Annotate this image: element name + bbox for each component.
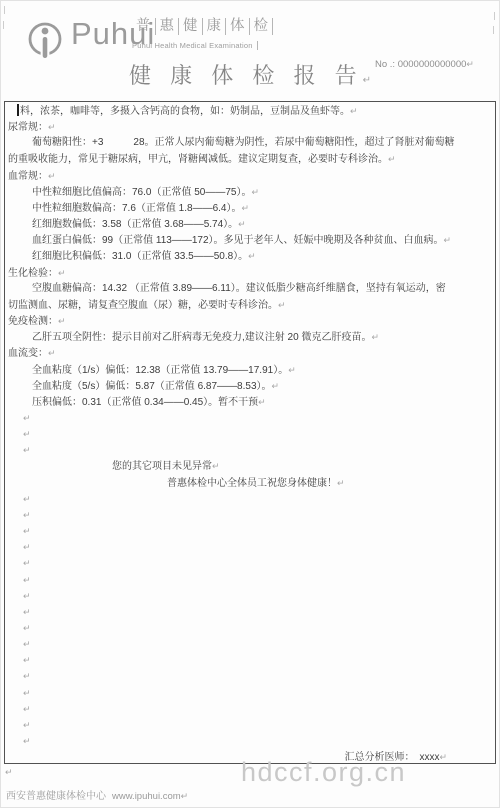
footer-org: 西安普惠健康体检中心 [6, 791, 106, 802]
report-title-text: 健 康 体 检 报 告 [129, 63, 363, 88]
report-line-text: 空腹血糖偏高：14.32 （正常值 3.89——6.11）。建议低脂少糖高纤维膳… [32, 283, 446, 294]
paragraph-mark: ↵ [241, 203, 249, 213]
paragraph-mark: ↵ [181, 791, 189, 801]
report-line-text: 乙肝五项全阴性：提示目前对乙肝病毒无免疫力,建议注射 20 微克乙肝疫苗。 [32, 332, 371, 343]
report-line-text: 全血粘度（5/s）偏低：5.87（正常值 6.87——8.53）。 [32, 381, 272, 392]
paragraph-mark: ↵ [363, 75, 371, 86]
paragraph-mark: ↵ [388, 154, 396, 164]
paragraph-mark: ↵ [48, 348, 56, 358]
report-line: ↵ [8, 668, 491, 684]
crop-mark [3, 21, 4, 29]
paragraph-mark: ↵ [337, 478, 345, 488]
report-line: ↵ [8, 410, 491, 426]
report-line: 红细胞比积偏低：31.0（正常值 33.5——50.8）。↵ [8, 248, 491, 264]
report-line: ↵ [8, 652, 491, 668]
paragraph-mark: ↵ [444, 235, 452, 245]
paragraph-mark: ↵ [371, 332, 379, 342]
report-line: ↵ [8, 572, 491, 588]
logo-cn-block: 普惠健康体检 Puhui Health Medical Examination [132, 18, 273, 53]
paragraph-mark: ↵ [23, 671, 31, 681]
paragraph-mark: ↵ [58, 268, 66, 278]
report-line-text: 血常规： [8, 171, 48, 182]
report-line: ↵ [8, 620, 491, 636]
paragraph-mark: ↵ [23, 542, 31, 552]
text-cursor [17, 104, 19, 116]
logo-cn-char: 健 [179, 18, 203, 35]
paragraph-mark: ↵ [23, 429, 31, 439]
paragraph-mark: ↵ [58, 316, 66, 326]
paragraph-mark: ↵ [258, 397, 266, 407]
logo-cn-char: 体 [226, 18, 250, 35]
paragraph-mark: ↵ [48, 122, 56, 132]
report-line: 料，浓茶，咖啡等，多摄入含钙高的食物，如：奶制品，豆制品及鱼虾等。↵ [8, 103, 491, 119]
crop-mark [4, 6, 5, 14]
paragraph-mark: ↵ [23, 591, 31, 601]
report-line: ↵ [8, 717, 491, 733]
report-line-text: 葡萄糖阳性：+3 28。正常人尿内葡萄糖为阴性，若尿中葡萄糖阳性，超过了肾脏对葡… [32, 137, 455, 148]
report-line: 中性粒细胞数偏高：7.6（正常值 1.8——6.4）。↵ [8, 200, 491, 216]
report-line-text: 红细胞数偏低：3.58（正常值 3.68——5.74）。 [32, 219, 238, 230]
report-line: ↵ [8, 733, 491, 749]
logo-cn-char: 检 [250, 18, 274, 35]
report-line-text: 尿常规： [8, 122, 48, 133]
report-line: 血红蛋白偏低：99（正常值 113——172）。多见于老年人、妊娠中晚期及各种贫… [8, 232, 491, 248]
report-line: 尿常规：↵ [8, 119, 491, 135]
report-line: 的重吸收能力，常见于糖尿病，甲亢，肾糖阈减低。建议定期复查，必要时专科诊治。↵ [8, 151, 491, 167]
report-line-text: 的重吸收能力，常见于糖尿病，甲亢，肾糖阈减低。建议定期复查，必要时专科诊治。 [8, 154, 388, 165]
paragraph-mark: ↵ [23, 607, 31, 617]
report-line-text: 中性粒细胞数偏高：7.6（正常值 1.8——6.4）。 [32, 203, 241, 214]
paragraph-mark: ↵ [23, 413, 31, 423]
report-line: 血流变：↵ [8, 345, 491, 361]
logo-cn-text: 普惠健康体检 [132, 18, 273, 35]
report-body: 料，浓茶，咖啡等，多摄入含钙高的食物，如：奶制品，豆制品及鱼虾等。↵尿常规：↵葡… [4, 101, 496, 764]
report-line: ↵ [8, 442, 491, 458]
report-line-text: 中性粒细胞比值偏高：76.0（正常值 50——75）。 [32, 187, 252, 198]
paragraph-mark: ↵ [212, 461, 220, 471]
report-line: 普惠体检中心全体员工祝您身体健康！↵ [8, 475, 491, 491]
report-line: ↵ [8, 491, 491, 507]
footer-url: www.ipuhui.com [112, 791, 181, 802]
paragraph-mark: ↵ [23, 704, 31, 714]
paragraph-mark: ↵ [5, 767, 13, 778]
paragraph-mark: ↵ [272, 381, 280, 391]
report-line-text: 您的其它项目未见异常 [112, 461, 212, 472]
paragraph-mark: ↵ [252, 187, 260, 197]
report-line: 乙肝五项全阴性：提示目前对乙肝病毒无免疫力,建议注射 20 微克乙肝疫苗。↵ [8, 329, 491, 345]
report-line-text: 免疫检测： [8, 316, 58, 327]
report-line: ↵ [8, 523, 491, 539]
puhui-logo-icon [22, 13, 70, 63]
report-line: ↵ [8, 604, 491, 620]
report-line: 中性粒细胞比值偏高：76.0（正常值 50——75）。↵ [8, 184, 491, 200]
paragraph-mark: ↵ [23, 494, 31, 504]
report-line-text: 料，浓茶，咖啡等，多摄入含钙高的食物，如：奶制品，豆制品及鱼虾等。 [20, 106, 350, 117]
report-line-text: 普惠体检中心全体员工祝您身体健康！ [167, 478, 337, 489]
paragraph-mark: ↵ [238, 219, 246, 229]
report-line: ↵ [8, 588, 491, 604]
paragraph-mark: ↵ [278, 300, 286, 310]
paragraph-mark: ↵ [23, 639, 31, 649]
paragraph-mark: ↵ [248, 251, 256, 261]
paragraph-mark: ↵ [23, 526, 31, 536]
report-line-text: 红细胞比积偏低：31.0（正常值 33.5——50.8）。 [32, 251, 248, 262]
report-line: ↵ [8, 426, 491, 442]
page-footer: 西安普惠健康体检中心www.ipuhui.com↵ [6, 787, 188, 802]
crop-mark [494, 12, 495, 20]
paragraph-mark: ↵ [23, 510, 31, 520]
report-line: 免疫检测：↵ [8, 313, 491, 329]
paragraph-mark: ↵ [23, 736, 31, 746]
report-line: 血常规：↵ [8, 168, 491, 184]
report-line: 您的其它项目未见异常↵ [8, 458, 491, 474]
paragraph-mark: ↵ [23, 558, 31, 568]
watermark: hdccf.org.cn [241, 757, 406, 788]
report-line-text: 全血粘度（1/s）偏低：12.38（正常值 13.79——17.91）。 [32, 365, 288, 376]
report-title: 健 康 体 检 报 告↵ [1, 59, 499, 90]
paragraph-mark: ↵ [23, 720, 31, 730]
report-line: ↵ [8, 555, 491, 571]
report-line-text: 血流变： [8, 348, 48, 359]
logo-en-subtitle: Puhui Health Medical Examination [132, 41, 258, 50]
paragraph-mark: ↵ [48, 171, 56, 181]
logo-cn-char: 普 [132, 18, 156, 35]
report-line: ↵ [8, 636, 491, 652]
report-line: ↵ [8, 539, 491, 555]
crop-mark [493, 26, 494, 34]
report-page: Puhui 普惠健康体检 Puhui Health Medical Examin… [0, 0, 500, 808]
report-line: ↵ [8, 701, 491, 717]
report-line-text: 血红蛋白偏低：99（正常值 113——172）。多见于老年人、妊娠中晚期及各种贫… [32, 235, 444, 246]
report-line: 全血粘度（1/s）偏低：12.38（正常值 13.79——17.91）。↵ [8, 362, 491, 378]
paragraph-mark: ↵ [23, 655, 31, 665]
paragraph-mark: ↵ [350, 106, 358, 116]
report-line: 切监测血、尿糖，请复查空腹血（尿）糖，必要时专科诊治。↵ [8, 297, 491, 313]
logo-cn-char: 康 [203, 18, 227, 35]
report-line-text: 压积偏低：0.31（正常值 0.34——0.45）。暂不干预 [32, 397, 258, 408]
report-line: 全血粘度（5/s）偏低：5.87（正常值 6.87——8.53）。↵ [8, 378, 491, 394]
report-line: 压积偏低：0.31（正常值 0.34——0.45）。暂不干预↵ [8, 394, 491, 410]
report-line: 红细胞数偏低：3.58（正常值 3.68——5.74）。↵ [8, 216, 491, 232]
paragraph-mark: ↵ [23, 688, 31, 698]
report-line: 空腹血糖偏高：14.32 （正常值 3.89——6.11）。建议低脂少糖高纤维膳… [8, 281, 491, 297]
report-line: ↵ [8, 507, 491, 523]
report-line: ↵ [8, 685, 491, 701]
report-line-text: 切监测血、尿糖，请复查空腹血（尿）糖，必要时专科诊治。 [8, 300, 278, 311]
paragraph-mark: ↵ [439, 752, 447, 762]
paragraph-mark: ↵ [23, 445, 31, 455]
paragraph-mark: ↵ [23, 575, 31, 585]
paragraph-mark: ↵ [288, 365, 296, 375]
report-line-text: 生化检验： [8, 268, 58, 279]
logo-cn-char: 惠 [156, 18, 180, 35]
report-line: 葡萄糖阳性：+3 28。正常人尿内葡萄糖为阴性，若尿中葡萄糖阳性，超过了肾脏对葡… [8, 135, 491, 151]
report-line: 生化检验：↵ [8, 265, 491, 281]
paragraph-mark: ↵ [23, 623, 31, 633]
